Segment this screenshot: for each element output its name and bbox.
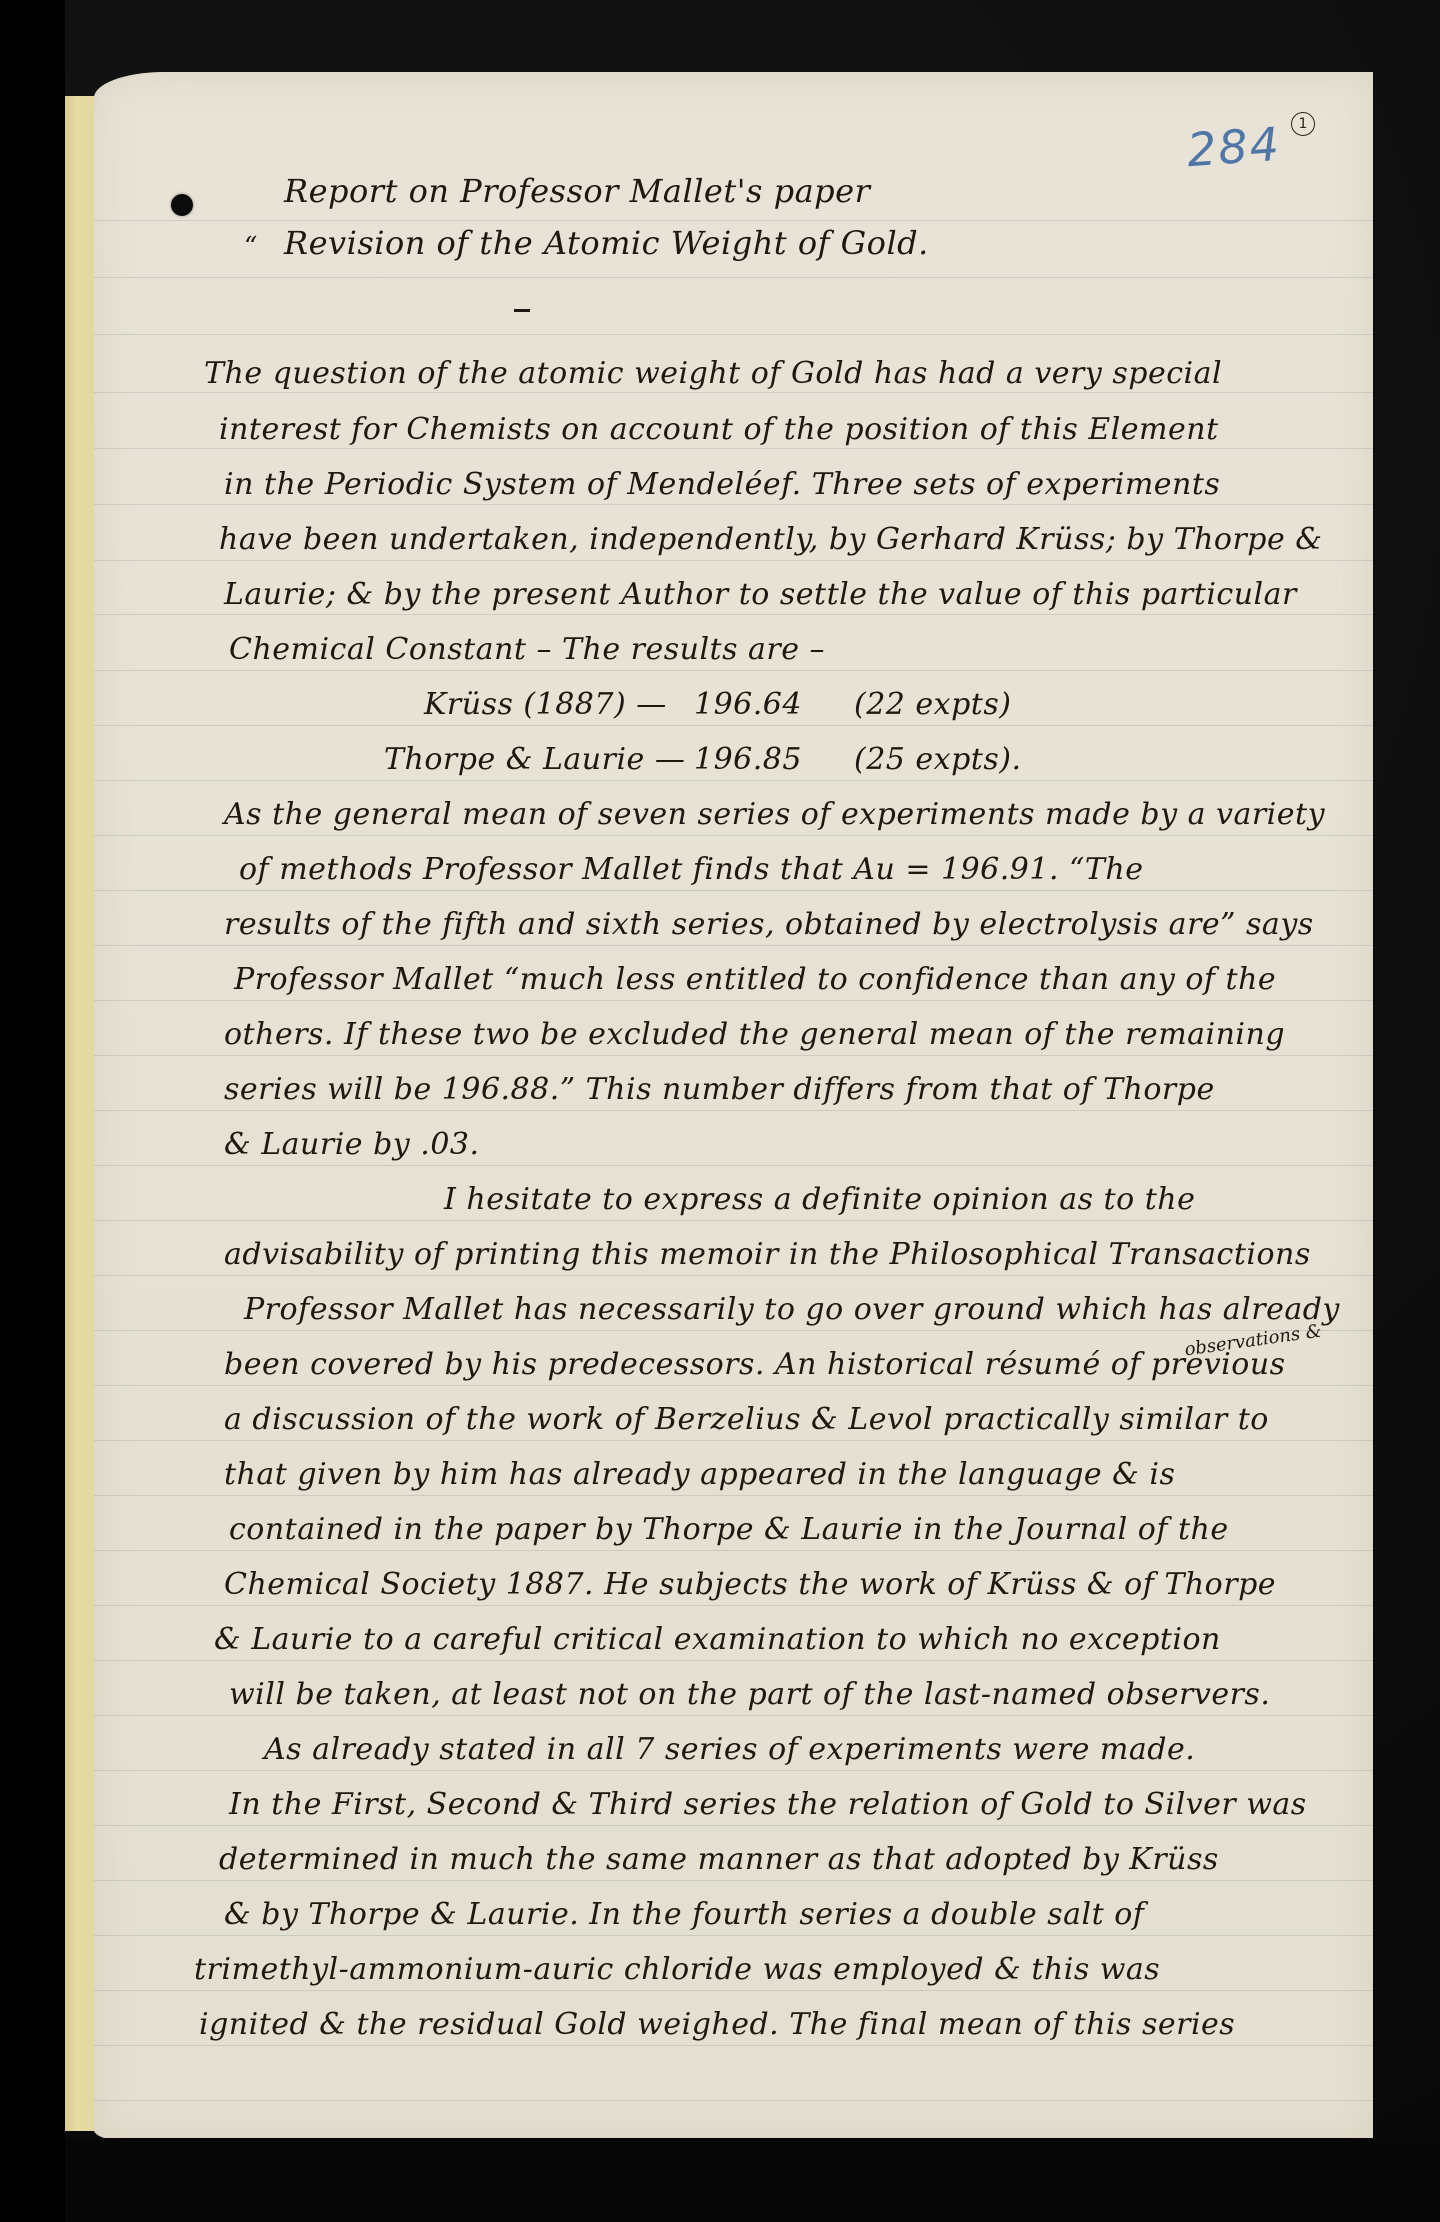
- result-author: Thorpe & Laurie —: [384, 742, 685, 777]
- body-line: Professor Mallet “much less entitled to …: [234, 962, 1276, 997]
- body-line: of methods Professor Mallet finds that A…: [239, 852, 1143, 887]
- body-line: a discussion of the work of Berzelius & …: [224, 1402, 1269, 1437]
- ruled-line: [94, 392, 1373, 393]
- ruled-line: [94, 670, 1373, 671]
- ruled-line: [94, 220, 1373, 221]
- body-line: & by Thorpe & Laurie. In the fourth seri…: [224, 1897, 1144, 1932]
- folio-number: 284: [1185, 117, 1282, 177]
- punch-hole: [171, 194, 193, 216]
- body-line: will be taken, at least not on the part …: [229, 1677, 1270, 1712]
- ruled-line: [94, 1220, 1373, 1221]
- body-line: have been undertaken, independently, by …: [219, 522, 1323, 557]
- ruled-line: [94, 1990, 1373, 1991]
- ruled-line: [94, 2100, 1373, 2101]
- ruled-line: [94, 277, 1373, 278]
- title-line-1: Report on Professor Mallet's paper: [284, 172, 870, 210]
- result-experiments: (22 expts): [854, 687, 1011, 722]
- body-line: The question of the atomic weight of Gol…: [204, 356, 1222, 391]
- body-line: Laurie; & by the present Author to settl…: [224, 577, 1297, 612]
- body-line: others. If these two be excluded the gen…: [224, 1017, 1285, 1052]
- ruled-line: [94, 1715, 1373, 1716]
- ruled-line: [94, 504, 1373, 505]
- body-line: As already stated in all 7 series of exp…: [264, 1732, 1195, 1767]
- body-line: results of the fifth and sixth series, o…: [224, 907, 1314, 942]
- body-line: interest for Chemists on account of the …: [219, 412, 1219, 447]
- ruled-line: [94, 1275, 1373, 1276]
- ruled-line: [94, 945, 1373, 946]
- ruled-line: [94, 614, 1373, 615]
- body-line: Chemical Constant – The results are –: [229, 632, 825, 667]
- body-line: Professor Mallet has necessarily to go o…: [244, 1292, 1340, 1327]
- ruled-line: [94, 1660, 1373, 1661]
- body-line: that given by him has already appeared i…: [224, 1457, 1175, 1492]
- ruled-line: [94, 1000, 1373, 1001]
- ruled-line: [94, 780, 1373, 781]
- ruled-line: [94, 1550, 1373, 1551]
- ruled-line: [94, 448, 1373, 449]
- result-author: Krüss (1887) —: [424, 687, 667, 722]
- body-line: In the First, Second & Third series the …: [229, 1787, 1307, 1822]
- body-line: in the Periodic System of Mendeléef. Thr…: [224, 467, 1220, 502]
- manuscript-page: 284 1 Report on Professor Mallet's paper…: [94, 72, 1373, 2142]
- ruled-line: [94, 1770, 1373, 1771]
- binding-strip: [65, 96, 96, 2131]
- result-experiments: (25 expts).: [854, 742, 1021, 777]
- ruled-line: [94, 835, 1373, 836]
- title-line-2: Revision of the Atomic Weight of Gold.: [284, 224, 929, 262]
- folio-sub-number: 1: [1291, 112, 1315, 136]
- ruled-line: [94, 560, 1373, 561]
- result-value: 196.64: [694, 687, 802, 722]
- scan-bottom-background: [65, 2138, 1440, 2222]
- result-value: 196.85: [694, 742, 802, 777]
- ruled-line: [94, 1055, 1373, 1056]
- ruled-line: [94, 1825, 1373, 1826]
- body-line: advisability of printing this memoir in …: [224, 1237, 1311, 1272]
- body-line: Chemical Society 1887. He subjects the w…: [224, 1567, 1276, 1602]
- body-line: determined in much the same manner as th…: [219, 1842, 1219, 1877]
- ruled-line: [94, 1440, 1373, 1441]
- body-line: series will be 196.88.” This number diff…: [224, 1072, 1215, 1107]
- open-quote: “: [244, 232, 257, 262]
- separator-dash: [514, 309, 530, 312]
- ruled-line: [94, 890, 1373, 891]
- ruled-line: [94, 1495, 1373, 1496]
- body-line: I hesitate to express a definite opinion…: [444, 1182, 1195, 1217]
- ruled-line: [94, 1385, 1373, 1386]
- ruled-line: [94, 1935, 1373, 1936]
- body-line: contained in the paper by Thorpe & Lauri…: [229, 1512, 1229, 1547]
- body-line: As the general mean of seven series of e…: [224, 797, 1325, 832]
- ruled-line: [94, 1110, 1373, 1111]
- scanner-left-band: [0, 0, 65, 2222]
- ruled-line: [94, 725, 1373, 726]
- ruled-line: [94, 1605, 1373, 1606]
- ruled-line: [94, 334, 1373, 335]
- ruled-line: [94, 1330, 1373, 1331]
- body-line: ignited & the residual Gold weighed. The…: [199, 2007, 1235, 2042]
- ruled-line: [94, 1165, 1373, 1166]
- ruled-line: [94, 1880, 1373, 1881]
- body-line: trimethyl-ammonium-auric chloride was em…: [194, 1952, 1160, 1987]
- body-line: & Laurie by .03.: [224, 1127, 480, 1162]
- body-line: been covered by his predecessors. An his…: [224, 1347, 1286, 1382]
- ruled-line: [94, 2045, 1373, 2046]
- body-line: & Laurie to a careful critical examinati…: [214, 1622, 1221, 1657]
